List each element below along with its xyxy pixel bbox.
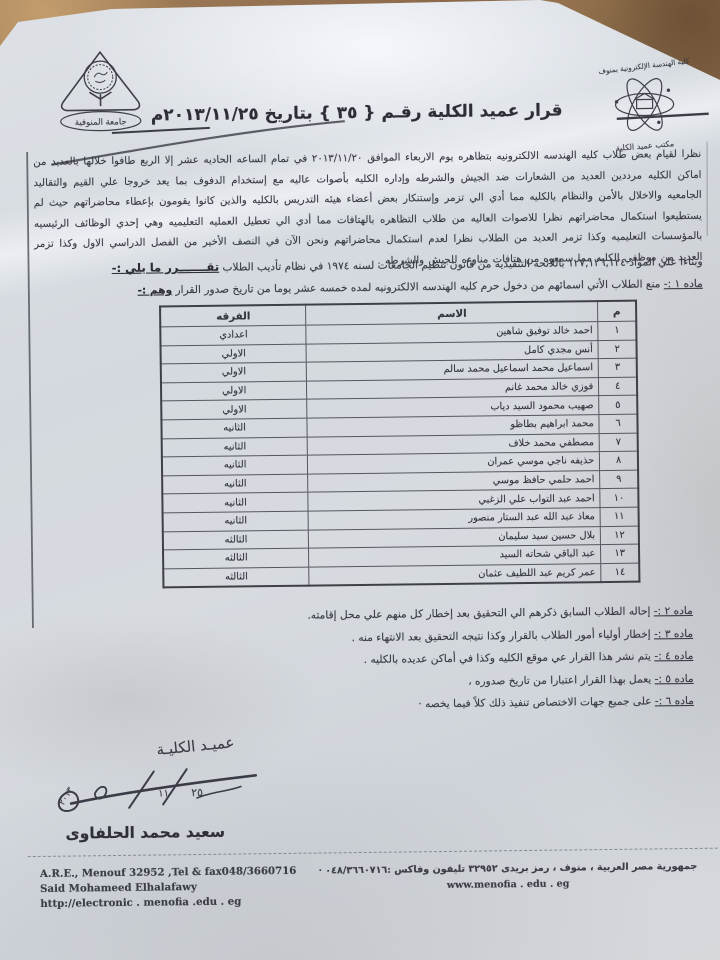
student-year: الثانيه (162, 492, 308, 512)
faculty-logo-arc-text: كلية الهندسة الإلكترونية بمنوف (598, 56, 690, 76)
article-label: ماده ٣ :- (654, 628, 693, 640)
row-number: ٤ (599, 377, 637, 396)
article-label: ماده ١ :- (664, 278, 703, 290)
row-number: ١ (598, 321, 636, 340)
article-1-tail: وهم :- (137, 284, 172, 296)
row-number: ٢ (598, 340, 636, 359)
student-year: الثانيه (163, 511, 309, 531)
footer-dashed-separator (28, 848, 718, 857)
student-year: الثالثه (163, 530, 309, 550)
article-text: يعمل بهذا القرار اعتبارا من تاريخ صدوره … (468, 673, 651, 687)
articles-list: ماده ٢ :- إحاله الطلاب السابق ذكرهم الي … (23, 600, 694, 721)
header-year: الفرقه (160, 305, 306, 327)
student-year: الاولي (161, 362, 307, 382)
row-number: ١٠ (600, 488, 638, 507)
row-number: ٦ (599, 414, 637, 433)
article-label: ماده ٢ :- (654, 605, 693, 617)
row-number: ٣ (598, 358, 636, 377)
page-left-border (27, 152, 33, 628)
student-year: الثالثه (163, 567, 309, 588)
student-year: الاولي (161, 344, 307, 364)
legal-basis-text: وبناءا علي المواد ١٢٧,١٢٦,١٢٤ باللائحه ا… (222, 256, 702, 274)
row-number: ٧ (599, 433, 637, 452)
article-text: إخطار أولياء أمور الطلاب بالقرار وكذا نت… (351, 628, 650, 644)
student-year: الاولي (161, 400, 307, 420)
footer-arabic-address: جمهورية مصر العربية ، منوف ، رمز بريدى ٣… (304, 859, 712, 896)
article-1-line: ماده ١ :- منع الطلاب الأتي اسمائهم من دخ… (19, 278, 703, 298)
banned-students-table: م الاسم الفرقه ١احمد خالد توفيق شاهيناعد… (159, 300, 640, 589)
student-year: الثانيه (162, 437, 308, 457)
article-text: منع الطلاب الأتي اسمائهم من دخول حرم كلي… (175, 278, 660, 296)
header-number: م (598, 301, 636, 322)
signature-date-day: ٢٥ (191, 786, 203, 799)
university-logo-icon: جامعة المنوفية (48, 47, 153, 144)
student-year: الاولي (161, 381, 307, 401)
student-year: الثانيه (162, 474, 308, 494)
photo-of-decree-document: جامعة المنوفية كلية الهندسة الإلكترونية … (0, 0, 720, 960)
article-text: يتم نشر هذا القرار عي موقع الكليه وكذا ف… (364, 651, 651, 667)
student-name: عمر كريم عبد اللطيف عثمان (309, 563, 601, 586)
row-number: ١٤ (601, 563, 639, 583)
dean-signature-icon: ٢٥ ١١ (50, 751, 266, 832)
decision-phrase: تقـــــــرر ما يلي :- (112, 260, 220, 275)
dean-printed-name: سعيد محمد الحلفاوى (65, 823, 225, 843)
signature-date-month: ١١ (158, 788, 169, 799)
student-year: الثانيه (161, 418, 307, 438)
footer-english-address: A.R.E., Menouf 32952 ,Tel & fax048/36607… (40, 863, 351, 912)
row-number: ٨ (600, 451, 638, 470)
students-table-body: ١احمد خالد توفيق شاهيناعدادي٢أنس مجدي كا… (160, 321, 639, 588)
row-number: ٥ (599, 395, 637, 414)
footer-line: http://electronic . menofia .edu . eg (40, 893, 350, 912)
document-content: جامعة المنوفية كلية الهندسة الإلكترونية … (0, 0, 720, 960)
student-year: الثالثه (163, 548, 309, 568)
row-number: ٩ (600, 470, 638, 489)
row-number: ١٣ (601, 544, 639, 563)
article-text: على جميع جهات الاختصاص تنفيذ ذلك كلاً في… (418, 696, 651, 711)
article-label: ماده ٥ :- (655, 673, 694, 685)
row-number: ١١ (600, 507, 638, 526)
student-year: الثانيه (162, 455, 308, 475)
row-number: ١٢ (601, 526, 639, 545)
article-text: إحاله الطلاب السابق ذكرهم الي التحقيق بع… (307, 605, 650, 621)
article-label: ماده ٦ :- (655, 695, 694, 707)
student-year: اعدادي (160, 325, 306, 345)
article-label: ماده ٤ :- (654, 650, 693, 662)
